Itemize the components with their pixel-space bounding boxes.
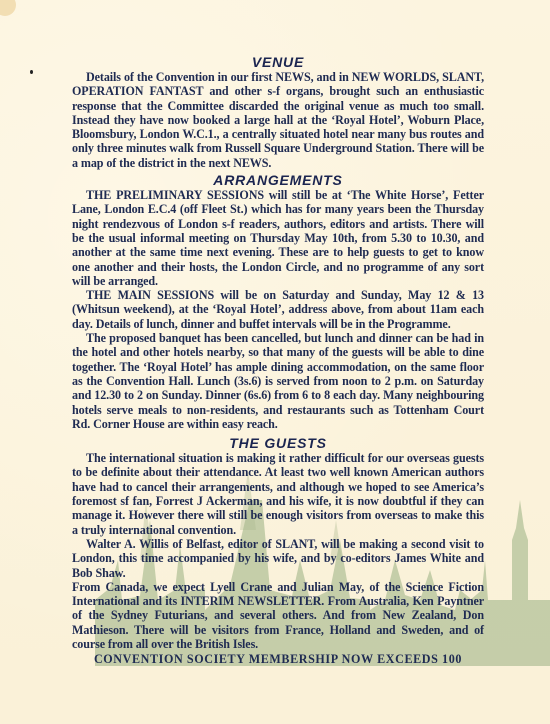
main-sessions-paragraph: THE MAIN SESSIONS will be on Saturday an… xyxy=(72,288,484,331)
venue-section: VENUE Details of the Convention in our f… xyxy=(72,54,484,170)
willis-paragraph: Walter A. Willis of Belfast, editor of S… xyxy=(72,537,484,580)
arrangements-section: ARRANGEMENTS THE PRELIMINARY SESSIONS wi… xyxy=(72,172,484,431)
membership-announcement: CONVENTION SOCIETY MEMBERSHIP NOW EXCEED… xyxy=(72,652,484,666)
arrangements-heading: ARRANGEMENTS xyxy=(72,172,484,188)
ink-speck xyxy=(30,70,33,74)
banquet-paragraph: The proposed banquet has been cancelled,… xyxy=(72,331,484,431)
guests-heading: THE GUESTS xyxy=(72,435,484,451)
overseas-visitors-paragraph: From Canada, we expect Lyell Crane and J… xyxy=(72,580,484,651)
guests-section: THE GUESTS The international situation i… xyxy=(72,435,484,666)
paper-stain xyxy=(0,0,16,16)
international-situation-paragraph: The international situation is making it… xyxy=(72,451,484,537)
document-body: VENUE Details of the Convention in our f… xyxy=(72,54,484,667)
document-page: VENUE Details of the Convention in our f… xyxy=(0,0,550,724)
venue-heading: VENUE xyxy=(72,54,484,70)
venue-paragraph: Details of the Convention in our first N… xyxy=(72,70,484,170)
preliminary-sessions-paragraph: THE PRELIMINARY SESSIONS will still be a… xyxy=(72,188,484,288)
